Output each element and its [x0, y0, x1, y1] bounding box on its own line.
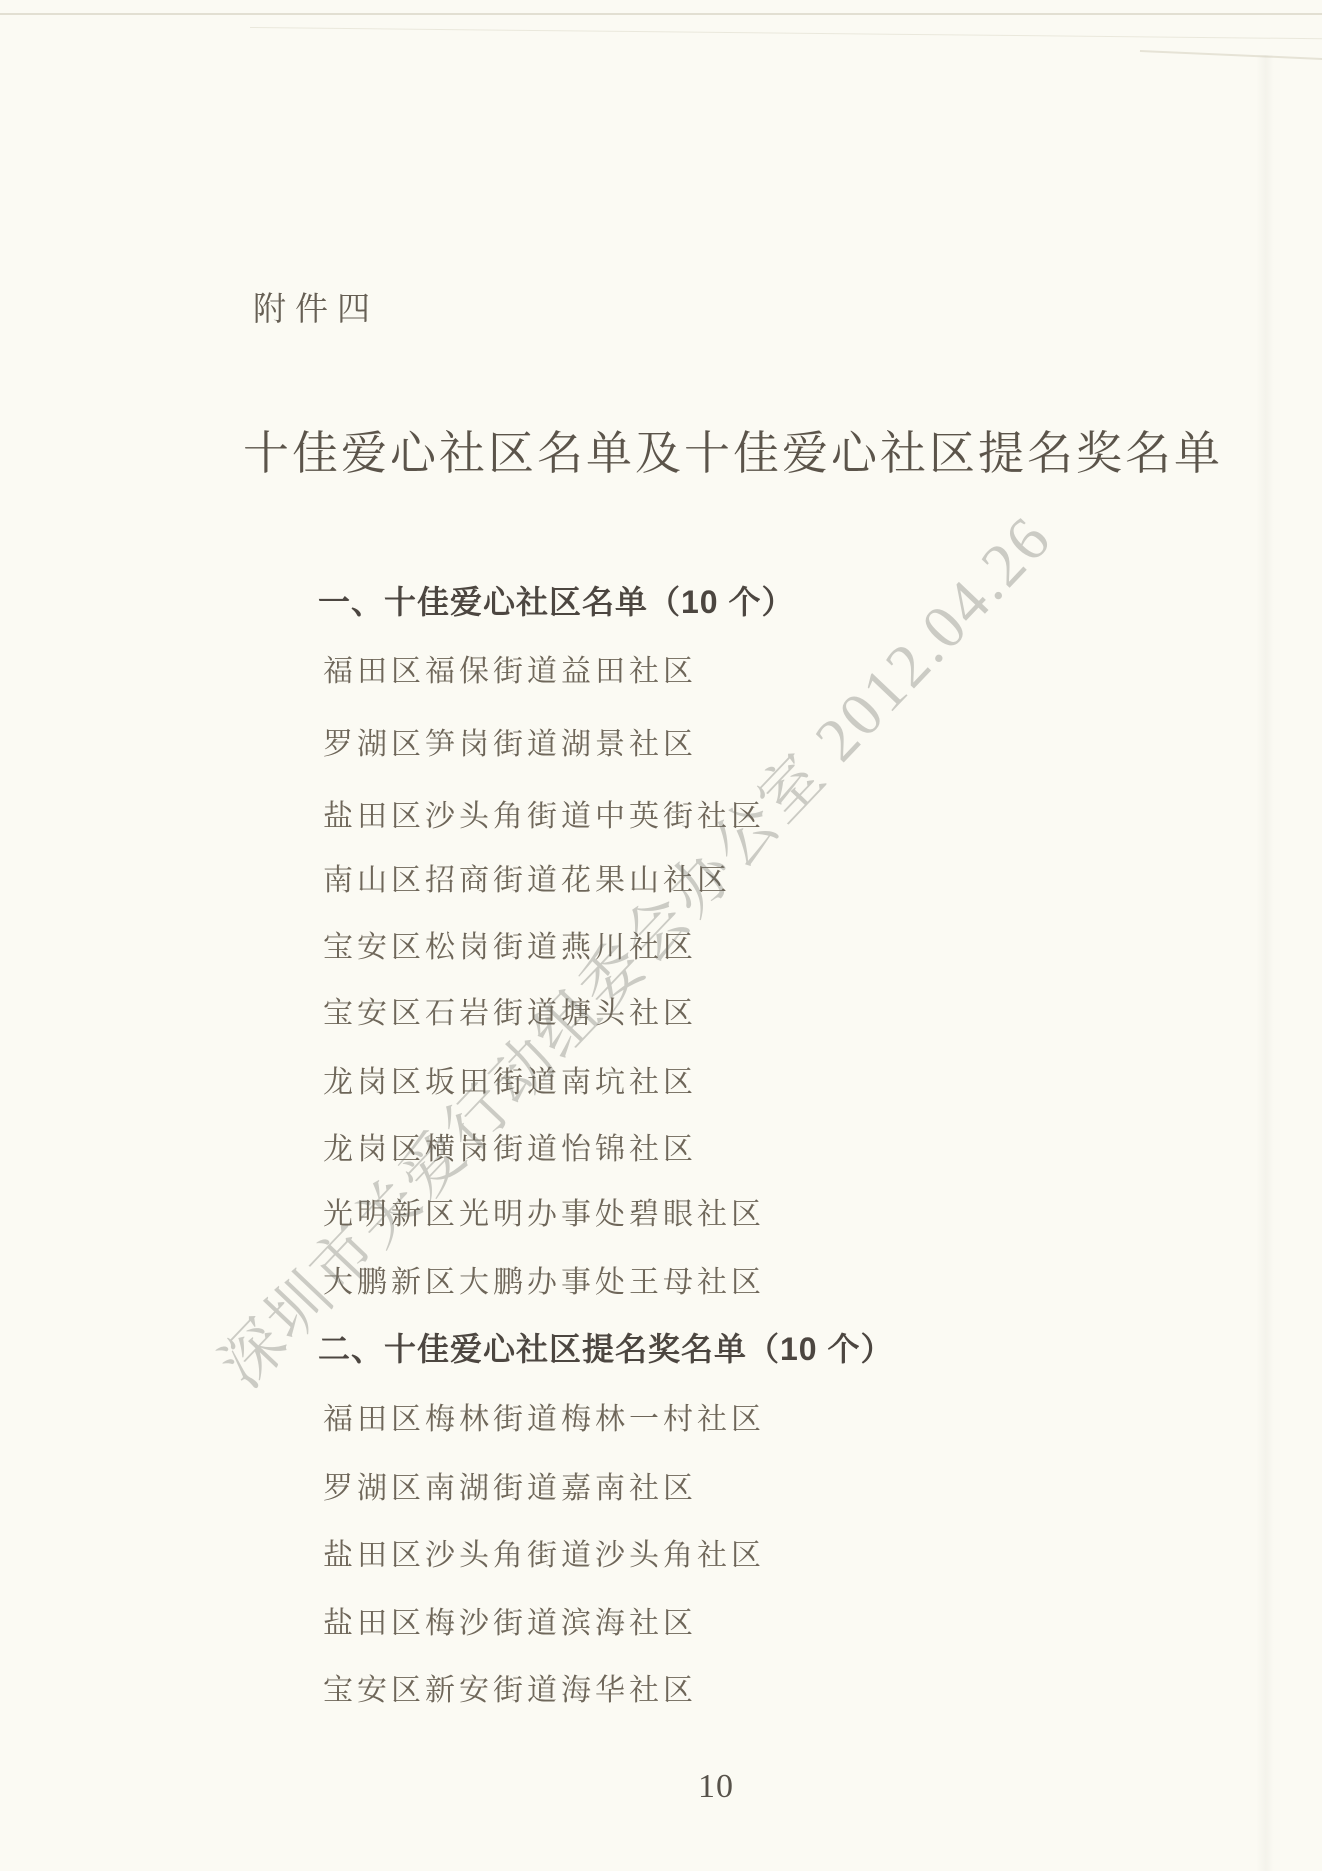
- document-title: 十佳爱心社区名单及十佳爱心社区提名奖名单: [243, 417, 1223, 483]
- scan-top-edge-line: [0, 13, 1322, 15]
- scanned-document-page: 附件四 十佳爱心社区名单及十佳爱心社区提名奖名单 一、十佳爱心社区名单（10 个…: [0, 0, 1322, 1871]
- list-item: 宝安区松岗街道燕川社区: [323, 922, 697, 966]
- list-item: 盐田区梅沙街道滨海社区: [323, 1598, 697, 1642]
- list-item: 龙岗区坂田街道南坑社区: [323, 1057, 697, 1101]
- list-item: 光明新区光明办事处碧眼社区: [323, 1189, 765, 1233]
- list-item: 福田区梅林街道梅林一村社区: [323, 1394, 765, 1438]
- scan-top-edge-line-2: [250, 27, 1322, 39]
- page-number: 10: [698, 1768, 734, 1806]
- list-item: 南山区招商街道花果山社区: [323, 855, 731, 899]
- section-1-heading: 一、十佳爱心社区名单（10 个）: [318, 577, 795, 623]
- list-item: 大鹏新区大鹏办事处王母社区: [323, 1257, 765, 1301]
- section-2-heading: 二、十佳爱心社区提名奖名单（10 个）: [318, 1324, 894, 1370]
- list-item: 龙岗区横岗街道怡锦社区: [323, 1124, 697, 1168]
- list-item: 宝安区新安街道海华社区: [323, 1665, 697, 1709]
- list-item: 罗湖区笋岗街道湖景社区: [323, 719, 697, 763]
- list-item: 盐田区沙头角街道中英街社区: [323, 791, 765, 835]
- attachment-label: 附件四: [253, 283, 379, 330]
- list-item: 盐田区沙头角街道沙头角社区: [323, 1530, 765, 1574]
- list-item: 罗湖区南湖街道嘉南社区: [323, 1463, 697, 1507]
- list-item: 福田区福保街道益田社区: [323, 646, 697, 690]
- scan-top-right-edge-line: [1140, 50, 1322, 60]
- list-item: 宝安区石岩街道塘头社区: [323, 988, 697, 1032]
- scan-right-page-shadow: [1256, 55, 1274, 1871]
